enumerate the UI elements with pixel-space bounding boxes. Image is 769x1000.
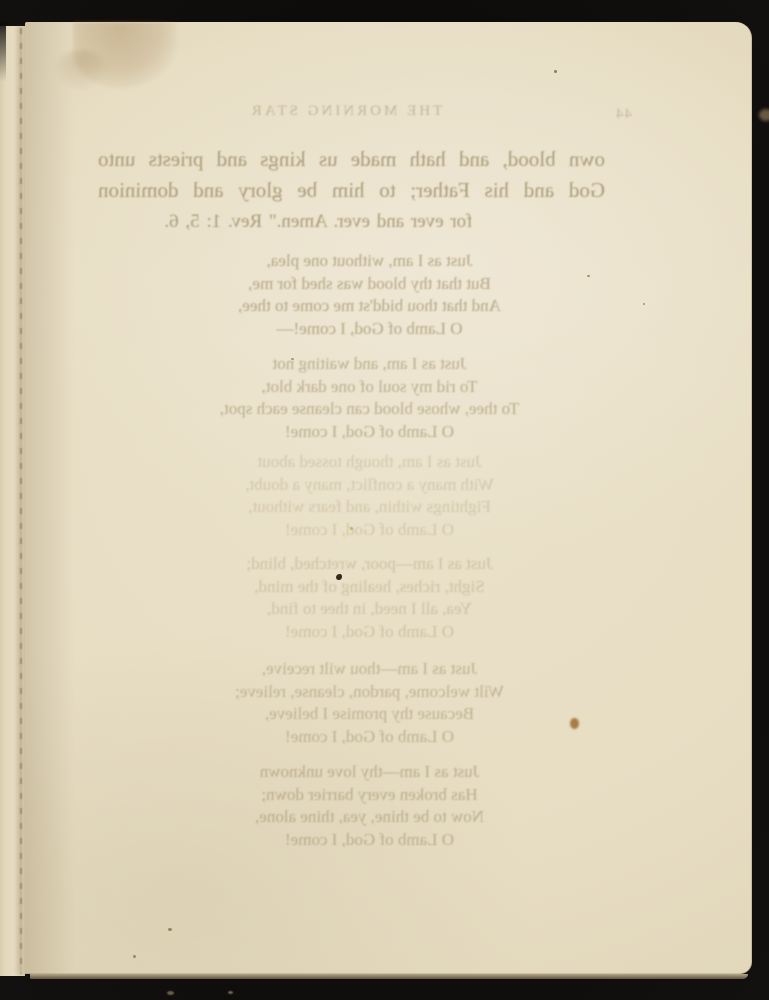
showthrough-verse-line: O Lamb of God, I come! [6,519,733,542]
showthrough-verse-line: To thee, whose blood can cleanse each sp… [6,398,733,421]
showthrough-verse-line: And that thou bidd'st me come to thee, [6,295,733,318]
showthrough-verse: Just as I am—thy love unknownHas broken … [6,761,733,851]
showthrough-running-title: THE MORNING STAR [0,103,709,120]
showthrough-verse-line: To rid my soul of one dark blot, [6,376,733,399]
paper-speck [554,70,557,73]
showthrough-verse-line: Just as I am—thy love unknown [6,761,733,784]
paper-speck [167,991,174,995]
showthrough-text-mirrored: 44 THE MORNING STAR own blood, and hath … [25,22,752,974]
paper-speck [643,303,645,305]
showthrough-verse: Just as I am, without one plea,But that … [6,250,733,340]
foxing-spot [570,718,579,729]
showthrough-verse-line: Because thy promise I believe, [6,703,733,726]
showthrough-verse-line: But that thy blood was shed for me, [6,273,733,296]
showthrough-paragraph-line: own blood, and hath made us kings and pr… [98,144,605,175]
showthrough-verse-line: Wilt welcome, pardon, cleanse, relieve; [6,681,733,704]
showthrough-verse: Just as I am—thou wilt receive,Wilt welc… [6,658,733,748]
showthrough-verse-line: Sight, riches, healing of the mind, [6,576,733,599]
paper-speck [350,527,353,530]
showthrough-verse: Just as I am, though tossed aboutWith ma… [6,451,733,541]
showthrough-verse-line: O Lamb of God, I come!— [6,318,733,341]
showthrough-verse: Just as I am—poor, wretched, blind;Sight… [6,553,733,643]
edge-stain-spot [759,109,769,121]
showthrough-verse-line: Yea, all I need, in thee to find, [6,598,733,621]
showthrough-verse-line: Just as I am—thou wilt receive, [6,658,733,681]
showthrough-verse-line: With many a conflict, many a doubt, [6,474,733,497]
paper-speck [587,275,590,277]
showthrough-verse-line: O Lamb of God, I come! [6,829,733,852]
showthrough-verse-line: Has broken every barrier down; [6,784,733,807]
paper-speck [133,955,136,958]
showthrough-verse-line: Just as I am, and waiting not [6,353,733,376]
paper-speck [168,928,172,931]
showthrough-paragraph: own blood, and hath made us kings and pr… [98,144,605,237]
page-bottom-fore-edge [30,974,748,979]
book-page: 44 THE MORNING STAR own blood, and hath … [25,22,752,974]
showthrough-verse: Just as I am, and waiting notTo rid my s… [6,353,733,443]
showthrough-verse-line: Fightings within, and fears without, [6,496,733,519]
showthrough-verse-line: O Lamb of God, I come! [6,421,733,444]
showthrough-verse-line: Just as I am—poor, wretched, blind; [6,553,733,576]
spine-gap-shadow [0,22,6,82]
showthrough-paragraph-line: God and his Father; to him be glory and … [98,175,605,206]
showthrough-paragraph-line: for ever and ever. Amen." Rev. 1: 5, 6. [98,206,539,237]
paper-speck [291,358,294,360]
showthrough-verse-line: Just as I am, though tossed about [6,451,733,474]
showthrough-verse-line: Just as I am, without one plea, [6,250,733,273]
showthrough-verse-line: O Lamb of God, I come! [6,726,733,749]
paper-speck [228,991,233,994]
showthrough-verse-line: Now to be thine, yea, thine alone, [6,806,733,829]
showthrough-verse-line: O Lamb of God, I come! [6,621,733,644]
